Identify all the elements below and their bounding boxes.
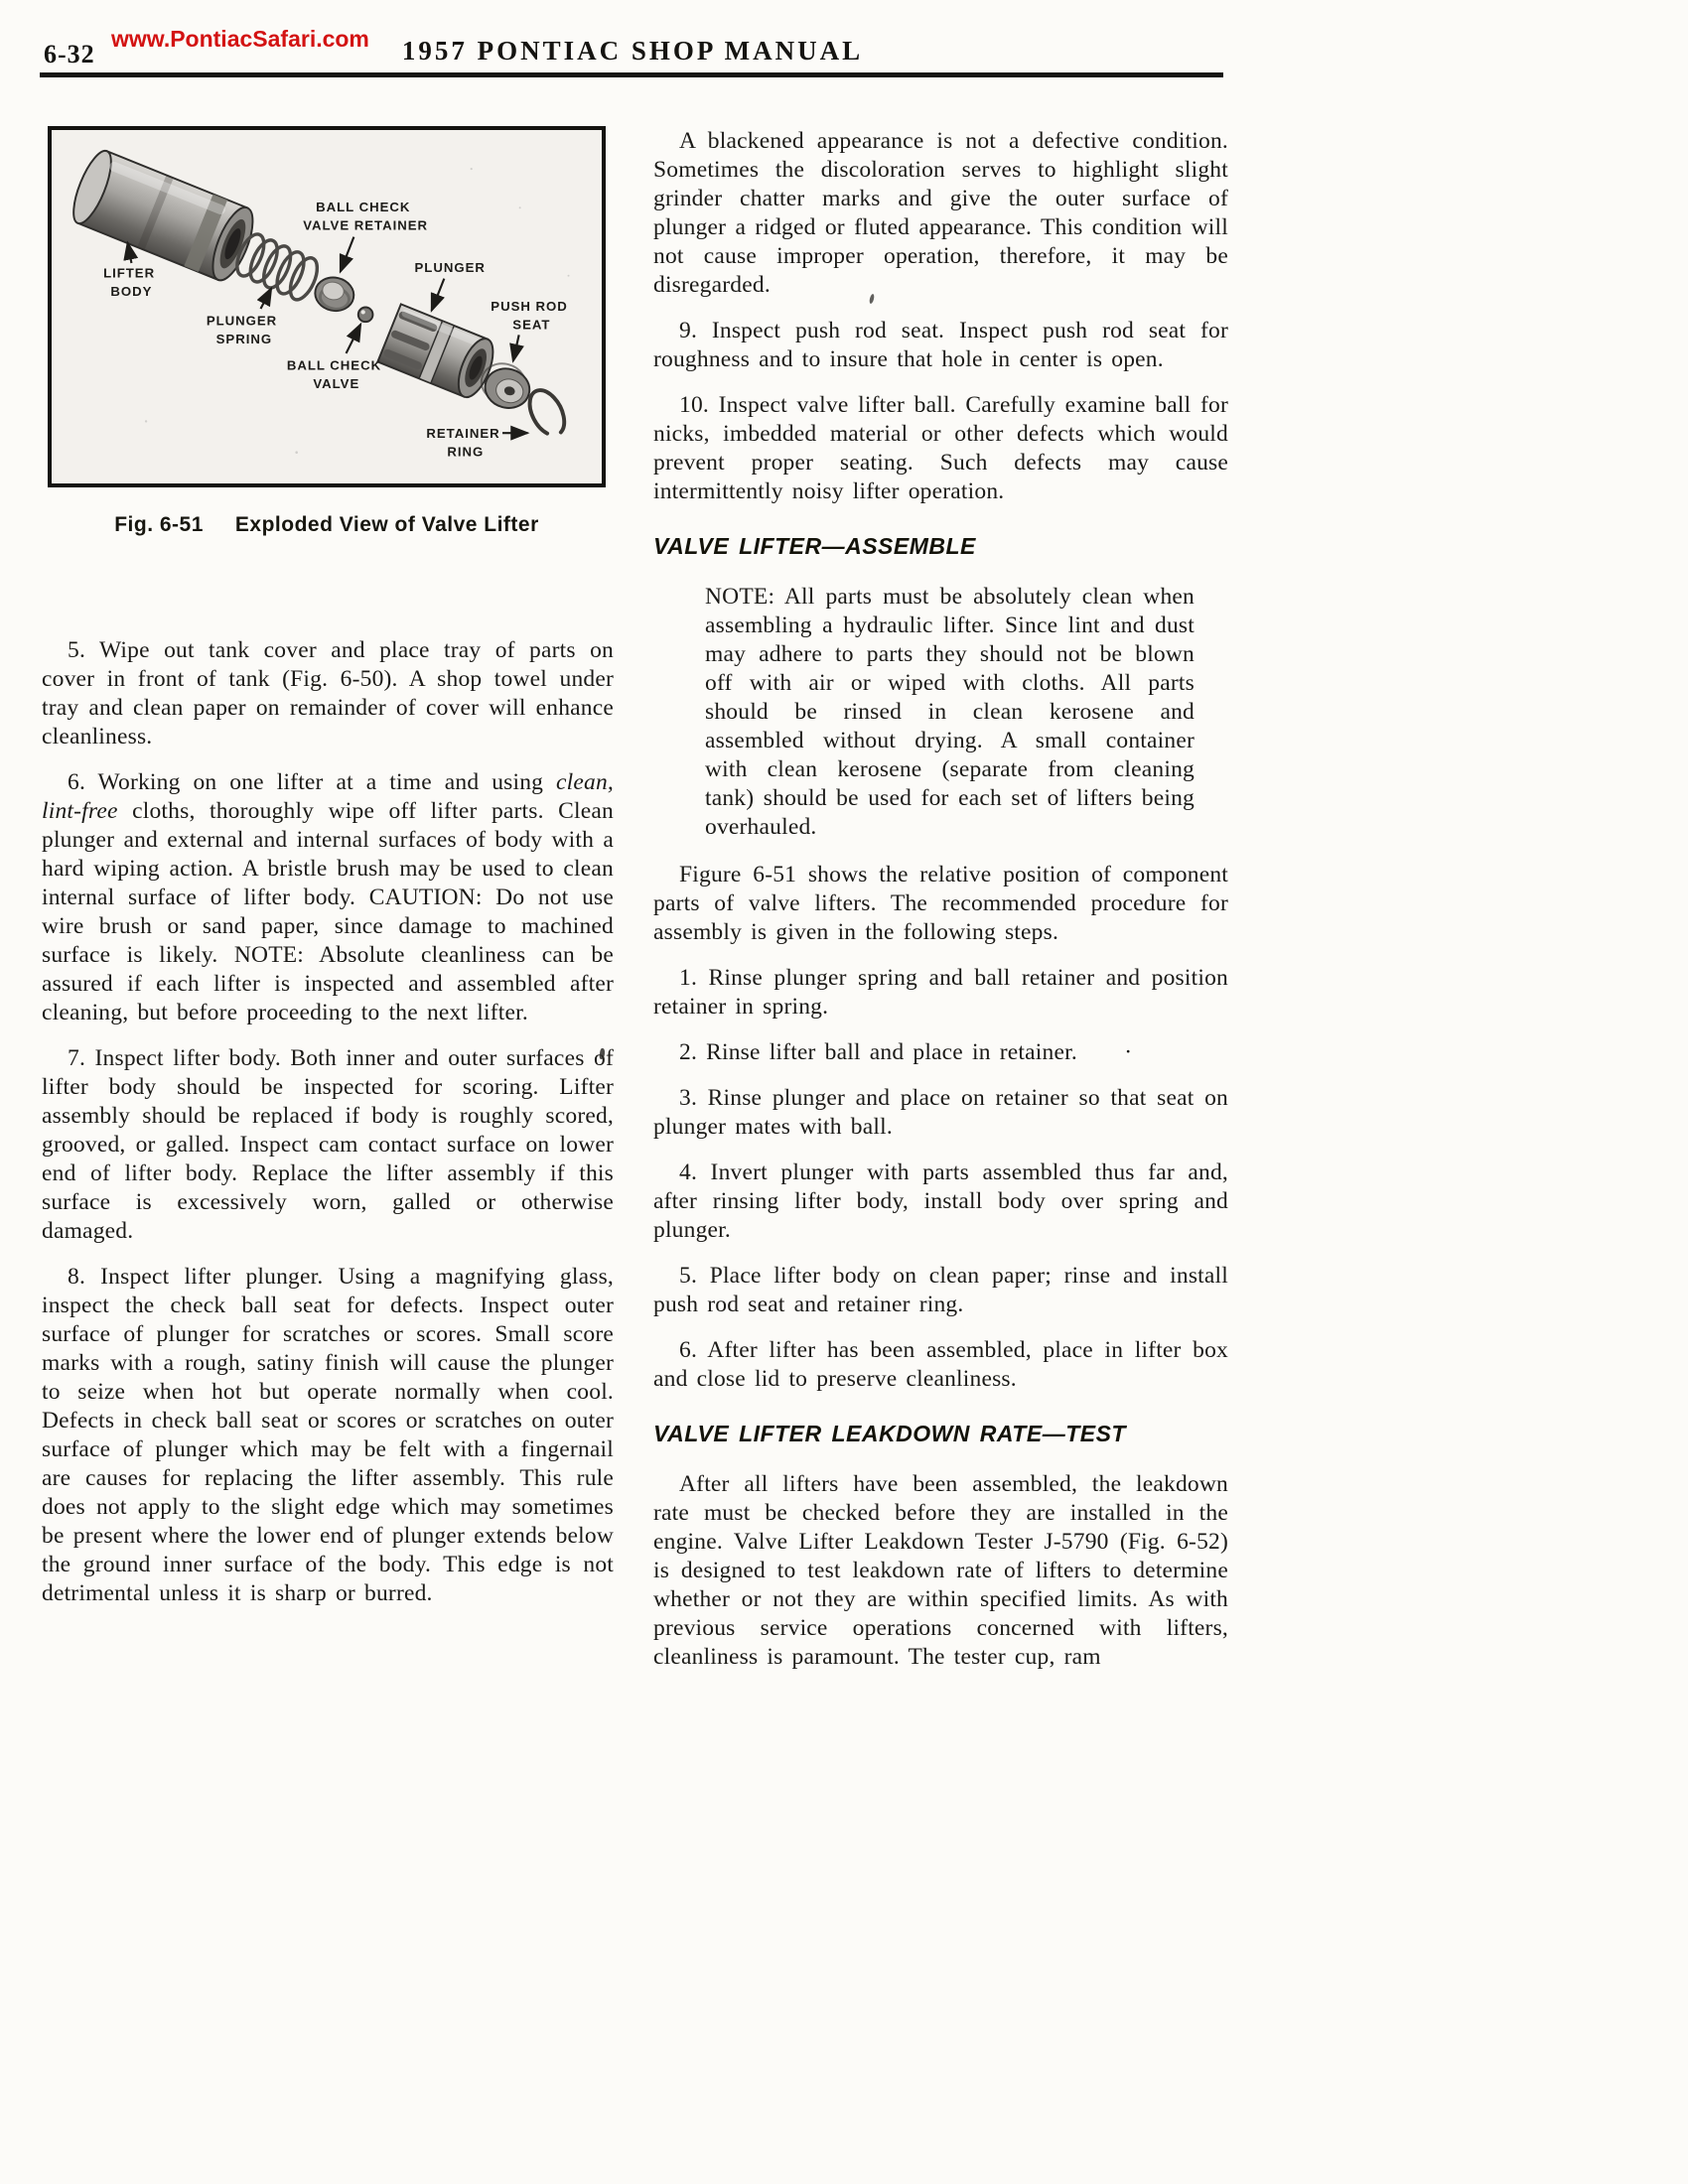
assemble-step-5: 5. Place lifter body on clean paper; rin… — [653, 1262, 1228, 1319]
assemble-note: NOTE: All parts must be absolutely clean… — [653, 583, 1228, 842]
figure-caption-number: Fig. 6-51 — [114, 513, 204, 536]
heading-valve-lifter-leakdown-rate-test: VALVE LIFTER LEAKDOWN RATE—TEST — [653, 1420, 1228, 1448]
paragraph-figure-reference: Figure 6-51 shows the relative position … — [653, 861, 1228, 947]
assemble-step-4: 4. Invert plunger with parts assembled t… — [653, 1159, 1228, 1245]
header-rule — [40, 72, 1223, 77]
paragraph-leakdown: After all lifters have been assembled, t… — [653, 1470, 1228, 1672]
label-plunger: PLUNGER — [415, 260, 486, 275]
paragraph-step-8: 8. Inspect lifter plunger. Using a magni… — [42, 1263, 614, 1608]
left-text-column: 5. Wipe out tank cover and place tray of… — [42, 636, 614, 1625]
paragraph-blackened-appearance: A blackened appearance is not a defectiv… — [653, 127, 1228, 300]
heading-valve-lifter-assemble: VALVE LIFTER—ASSEMBLE — [653, 532, 1228, 561]
valve-lifter-exploded-figure: LIFTER BODY PLUNGER SPRING BALL CHECK VA… — [48, 126, 606, 487]
assemble-step-1: 1. Rinse plunger spring and ball retaine… — [653, 964, 1228, 1022]
assemble-step-3: 3. Rinse plunger and place on retainer s… — [653, 1084, 1228, 1142]
ball-check-valve-part — [358, 307, 373, 322]
manual-page: 6-32 www.PontiacSafari.com 1957 PONTIAC … — [0, 0, 1688, 2184]
figure-caption: Fig. 6-51Exploded View of Valve Lifter — [48, 513, 606, 537]
paragraph-step-5: 5. Wipe out tank cover and place tray of… — [42, 636, 614, 751]
figure-image: LIFTER BODY PLUNGER SPRING BALL CHECK VA… — [52, 130, 602, 483]
paragraph-step-9: 9. Inspect push rod seat. Inspect push r… — [653, 317, 1228, 374]
figure-caption-title: Exploded View of Valve Lifter — [235, 513, 539, 536]
right-text-column: A blackened appearance is not a defectiv… — [653, 127, 1228, 1689]
paragraph-step-10: 10. Inspect valve lifter ball. Carefully… — [653, 391, 1228, 506]
assemble-step-6: 6. After lifter has been assembled, plac… — [653, 1336, 1228, 1394]
paragraph-step-7: 7. Inspect lifter body. Both inner and o… — [42, 1044, 614, 1246]
page-title: 1957 PONTIAC SHOP MANUAL — [42, 36, 1223, 67]
paragraph-step-6: 6. Working on one lifter at a time and u… — [42, 768, 614, 1027]
assemble-step-2: 2. Rinse lifter ball and place in retain… — [653, 1038, 1228, 1067]
